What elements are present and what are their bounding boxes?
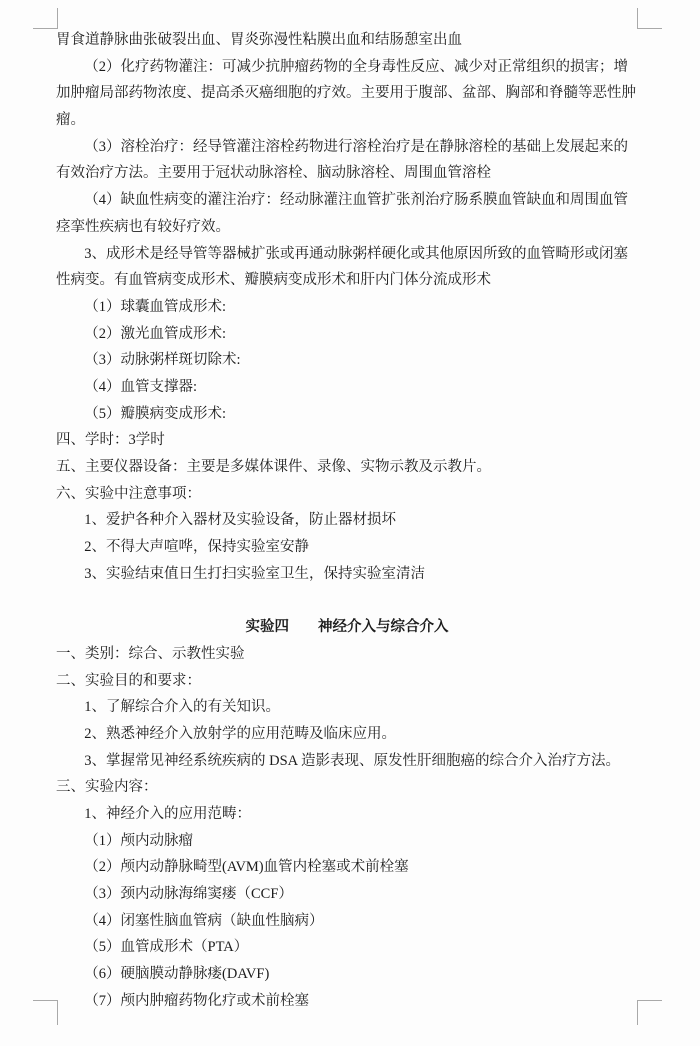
section-heading: 二、实验目的和要求： — [56, 668, 638, 695]
document-page: 胃食道静脉曲张破裂出血、胃炎弥漫性粘膜出血和结肠憩室出血 （2）化疗药物灌注：可… — [0, 0, 700, 1046]
list-item: （2）颅内动静脉畸型(AVM)血管内栓塞或术前栓塞 — [56, 854, 638, 881]
text-line: （4）缺血性病变的灌注治疗：经动脉灌注血管扩张剂治疗肠系膜血管缺血和周围血管 — [56, 187, 638, 214]
list-item: 1、爱护各种介入器材及实验设备，防止器材损坏 — [56, 507, 638, 534]
section-heading: 六、实验中注意事项： — [56, 481, 638, 508]
section-heading: 一、类别：综合、示教性实验 — [56, 641, 638, 668]
text-line: （2）化疗药物灌注：可减少抗肿瘤药物的全身毒性反应、减少对正常组织的损害；增 — [56, 54, 638, 81]
text-line: 性病变。有血管病变成形术、瓣膜病变成形术和肝内门体分流成形术 — [56, 267, 638, 294]
section-heading: 五、主要仪器设备：主要是多媒体课件、录像、实物示教及示教片。 — [56, 454, 638, 481]
list-item: （1）球囊血管成形术: — [56, 294, 638, 321]
text-line: （3）溶栓治疗：经导管灌注溶栓药物进行溶栓治疗是在静脉溶栓的基础上发展起来的 — [56, 134, 638, 161]
text-line: 加肿瘤局部药物浓度、提高杀灭癌细胞的疗效。主要用于腹部、盆部、胸部和脊髓等恶性肿 — [56, 80, 638, 107]
list-item: 2、不得大声喧哗，保持实验室安静 — [56, 534, 638, 561]
list-item: 3、实验结束值日生打扫实验室卫生，保持实验室清洁 — [56, 561, 638, 588]
text-boundary-mark-top-left — [33, 8, 58, 29]
list-item: （3）颈内动脉海绵窦瘘（CCF） — [56, 881, 638, 908]
list-item: （4）闭塞性脑血管病（缺血性脑病） — [56, 908, 638, 935]
text-line: 胃食道静脉曲张破裂出血、胃炎弥漫性粘膜出血和结肠憩室出血 — [56, 27, 638, 54]
text-line: 3、成形术是经导管等器械扩张或再通动脉粥样硬化或其他原因所致的血管畸形或闭塞 — [56, 241, 638, 268]
list-item: （1）颅内动脉瘤 — [56, 828, 638, 855]
section-heading: 四、学时：3学时 — [56, 427, 638, 454]
text-line: 痉挛性疾病也有较好疗效。 — [56, 214, 638, 241]
list-item: 1、神经介入的应用范畴： — [56, 801, 638, 828]
list-item: （5）瓣膜病变成形术: — [56, 401, 638, 428]
text-line: 瘤。 — [56, 107, 638, 134]
list-item: （3）动脉粥样斑切除术: — [56, 347, 638, 374]
text-line: 有效治疗方法。主要用于冠状动脉溶栓、脑动脉溶栓、周围血管溶栓 — [56, 160, 638, 187]
document-text-area: 胃食道静脉曲张破裂出血、胃炎弥漫性粘膜出血和结肠憩室出血 （2）化疗药物灌注：可… — [56, 27, 638, 1014]
list-item: 1、了解综合介入的有关知识。 — [56, 694, 638, 721]
text-boundary-mark-top-right — [637, 8, 662, 29]
list-item: 2、熟悉神经介入放射学的应用范畴及临床应用。 — [56, 721, 638, 748]
text-boundary-mark-bottom-left — [33, 1000, 58, 1025]
text-boundary-mark-bottom-right — [637, 1000, 662, 1025]
list-item: （7）颅内肿瘤药物化疗或术前栓塞 — [56, 988, 638, 1015]
list-item: （5）血管成形术（PTA） — [56, 934, 638, 961]
blank-line — [56, 587, 638, 614]
list-item: （2）激光血管成形术: — [56, 321, 638, 348]
experiment-title: 实验四 神经介入与综合介入 — [56, 614, 638, 641]
list-item: （6）硬脑膜动静脉瘘(DAVF) — [56, 961, 638, 988]
section-heading: 三、实验内容： — [56, 774, 638, 801]
list-item: （4）血管支撑器: — [56, 374, 638, 401]
list-item: 3、掌握常见神经系统疾病的 DSA 造影表现、原发性肝细胞癌的综合介入治疗方法。 — [56, 748, 638, 775]
